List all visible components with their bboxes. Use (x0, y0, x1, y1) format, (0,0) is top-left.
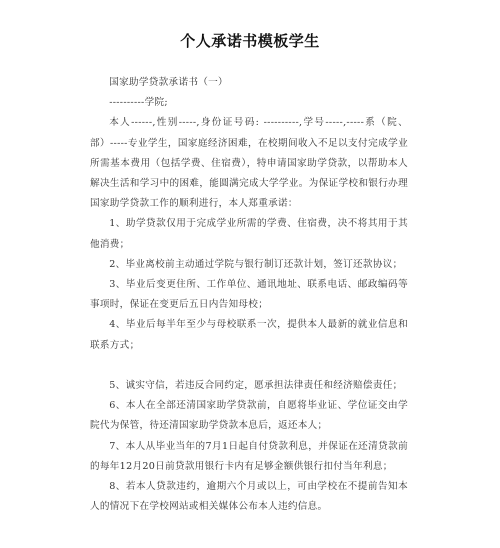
pledge-item-8: 8、若本人贷款违约，逾期六个月或以上，可由学校在不提前告知本人的情况下在学校网站… (90, 477, 408, 517)
pledge-item-3: 3、毕业后变更住所、工作单位、通讯地址、联系电话、邮政编码等事项时，保证在变更后… (90, 275, 408, 315)
intro-paragraph: 本人------,性别-----,身份证号码: ----------,学号---… (90, 113, 408, 214)
paragraph-spacer (90, 356, 408, 376)
document-title: 个人承诺书模板学生 (0, 30, 500, 51)
pledge-item-2: 2、毕业离校前主动通过学院与银行制订还款计划，签订还款协议； (90, 255, 408, 275)
document-body: 国家助学贷款承诺书（一） ----------学院; 本人------,性别--… (90, 73, 408, 517)
subtitle: 国家助学贷款承诺书（一） (90, 73, 408, 93)
pledge-item-4: 4、毕业后每半年至少与母校联系一次，提供本人最新的就业信息和联系方式； (90, 315, 408, 355)
document-page: 个人承诺书模板学生 国家助学贷款承诺书（一） ----------学院; 本人-… (0, 0, 500, 548)
pledge-item-6: 6、本人在全部还清国家助学贷款前，自愿将毕业证、学位证交由学院代为保管，待还清国… (90, 396, 408, 436)
pledge-item-5: 5、诚实守信，若违反合同约定，愿承担法律责任和经济赔偿责任； (90, 376, 408, 396)
pledge-item-1: 1、助学贷款仅用于完成学业所需的学费、住宿费，决不将其用于其他消费； (90, 214, 408, 254)
college-line: ----------学院; (90, 93, 408, 113)
pledge-item-7: 7、本人从毕业当年的7月1日起自付贷款利息，并保证在还清贷款前的每年12月20日… (90, 437, 408, 477)
